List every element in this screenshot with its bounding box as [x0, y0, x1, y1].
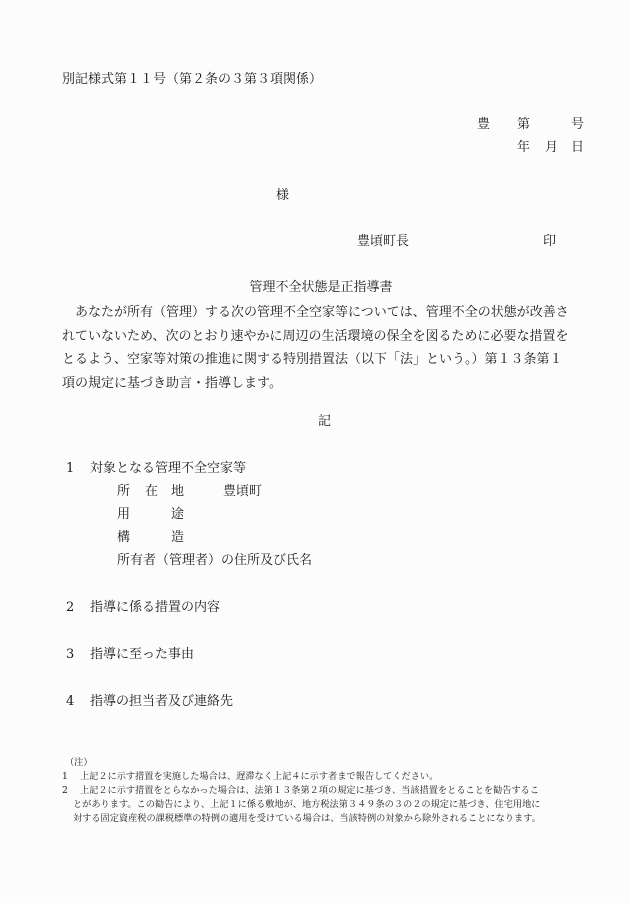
- location-value: 豊頃町: [223, 484, 262, 500]
- note-2-continued: とがあります。この勧告により、上記１に係る敷地が、地方税法第３４９条の３の２の規…: [62, 798, 602, 812]
- date-year: 年: [517, 140, 530, 156]
- document-page: 別記様式第１１号（第２条の３第３項関係） 豊 第 号 年 月 日 様 豊頃町長 …: [0, 0, 630, 903]
- detail-structure: 構 造: [0, 530, 630, 546]
- item-number: 4: [66, 694, 74, 710]
- body-line: とるよう、空家等対策の推進に関する特別措置法（以下「法」という。）第１３条第１: [62, 348, 592, 372]
- item-number: 1: [66, 461, 74, 477]
- note-text: 上記２に示す措置を実施した場合は、遅滞なく上記４に示す者まで報告してください。: [80, 771, 438, 782]
- issuer-go: 号: [571, 117, 584, 133]
- ki-heading: 記: [318, 414, 331, 430]
- detail-location: 所 在 地 豊頃町: [0, 484, 630, 500]
- issuer-number-line: 豊 第 号: [0, 117, 630, 133]
- detail-owner: 所有者（管理者）の住所及び氏名: [117, 553, 312, 569]
- date-day: 日: [571, 140, 584, 156]
- item-label: 指導の担当者及び連絡先: [90, 694, 233, 710]
- date-month: 月: [545, 140, 558, 156]
- date-line: 年 月 日: [0, 140, 630, 156]
- seal-mark: 印: [543, 234, 556, 250]
- document-title: 管理不全状態是正指導書: [0, 280, 630, 296]
- issuer-dai: 第: [517, 117, 530, 133]
- issuer-prefix: 豊: [477, 117, 490, 133]
- notes-section: （注） 1上記２に示す措置を実施した場合は、遅滞なく上記４に示す者まで報告してく…: [62, 756, 602, 826]
- note-1: 1上記２に示す措置を実施した場合は、遅滞なく上記４に示す者まで報告してください。: [62, 770, 602, 784]
- note-number: 2: [62, 784, 80, 798]
- sender-name: 豊頃町長: [357, 234, 409, 250]
- body-paragraph: あなたが所有（管理）する次の管理不全空家等については、管理不全の状態が改善さ れ…: [62, 301, 592, 395]
- detail-usage: 用 途: [0, 507, 630, 523]
- form-label: 別記様式第１１号（第２条の３第３項関係）: [62, 72, 322, 88]
- item-number: 2: [66, 600, 74, 616]
- addressee-suffix: 様: [276, 188, 289, 204]
- note-number: 1: [62, 770, 80, 784]
- item-number: 3: [66, 647, 74, 663]
- notes-heading: （注）: [65, 756, 602, 770]
- body-line: あなたが所有（管理）する次の管理不全空家等については、管理不全の状態が改善さ: [62, 301, 592, 325]
- item-label: 指導に至った事由: [90, 647, 194, 663]
- note-2-continued: 対する固定資産税の課税標準の特例の適用を受けている場合は、当該特例の対象から除外…: [62, 812, 602, 826]
- item-label: 指導に係る措置の内容: [90, 600, 220, 616]
- body-line: れていないため、次のとおり速やかに周辺の生活環境の保全を図るために必要な措置を: [62, 325, 592, 349]
- note-2: 2上記２に示す措置をとらなかった場合は、法第１３条第２項の規定に基づき、当該措置…: [62, 784, 602, 798]
- item-label: 対象となる管理不全空家等: [90, 461, 246, 477]
- note-text: 上記２に示す措置をとらなかった場合は、法第１３条第２項の規定に基づき、当該措置を…: [80, 785, 539, 796]
- body-line: 項の規定に基づき助言・指導します。: [62, 372, 592, 396]
